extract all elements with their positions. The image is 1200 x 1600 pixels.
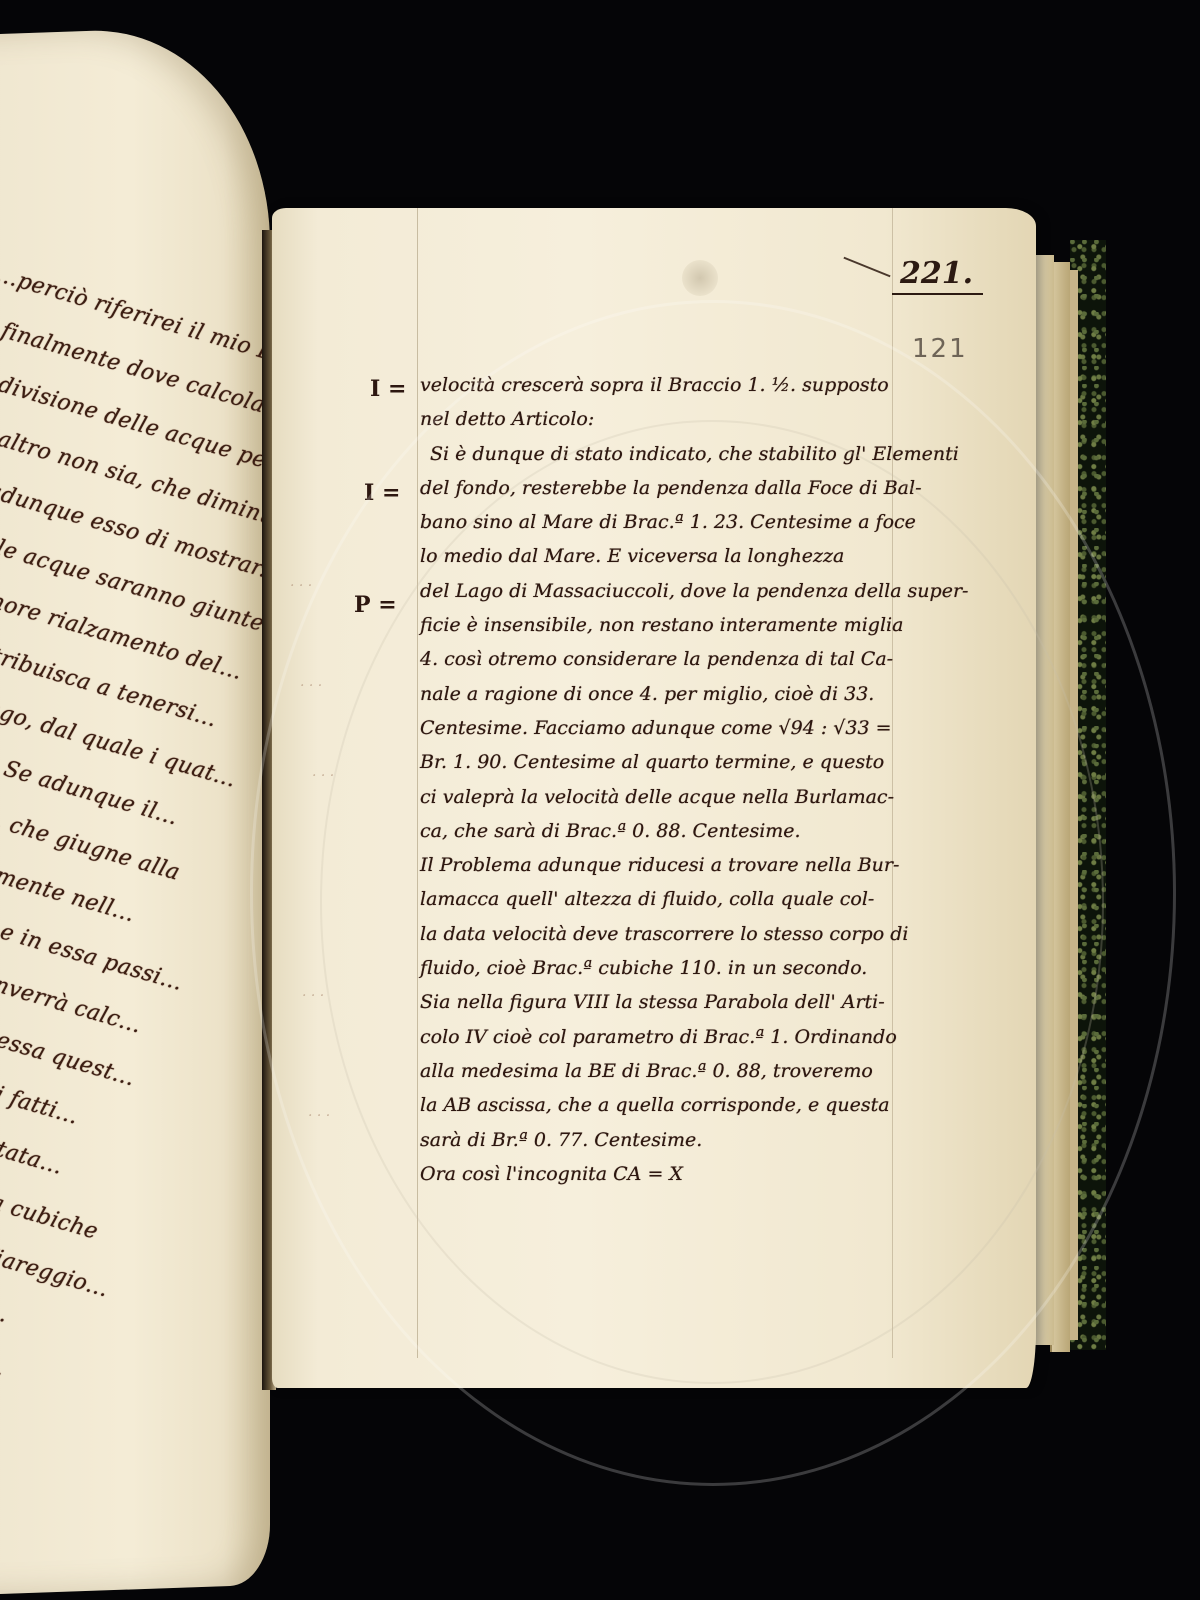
text-line: ca, che sarà di Brac.ª 0. 88. Centesime.	[420, 814, 900, 848]
text-line: fluido, cioè Brac.ª cubiche 110. in un s…	[420, 951, 900, 985]
text-line: Br. 1. 90. Centesime al quarto termine, …	[420, 745, 900, 779]
bleed-through-text: · · ·	[300, 678, 322, 694]
pen-stroke-mark	[843, 257, 890, 278]
margin-mark: P =	[354, 592, 397, 618]
text-line: alla medesima la BE di Brac.ª 0. 88, tro…	[420, 1054, 900, 1088]
text-line: nel detto Articolo:	[420, 402, 900, 436]
folio-number-ink: 221.	[892, 256, 983, 295]
text-line: lo medio dal Mare. E viceversa la longhe…	[420, 539, 900, 573]
text-line: lamacca quell' altezza di fluido, colla …	[420, 882, 900, 916]
margin-mark: I =	[370, 376, 406, 402]
right-page: 221. 121 I = I = P = · · · · · · · · · ·…	[272, 208, 1036, 1388]
text-line: Ora così l'incognita CA = X	[420, 1157, 900, 1191]
left-page-text: ...perciò riferirei il mio Proble- ...fi…	[0, 264, 270, 1497]
text-line: colo IV cioè col parametro di Brac.ª 1. …	[420, 1020, 900, 1054]
bleed-through-text: · · ·	[308, 1108, 330, 1124]
text-line: del Lago di Massaciuccoli, dove la pende…	[420, 574, 900, 608]
text-line: sarà di Br.ª 0. 77. Centesime.	[420, 1123, 900, 1157]
margin-mark: I =	[364, 480, 400, 506]
bleed-through-text: · · ·	[312, 768, 334, 784]
text-line: Si è dunque di stato indicato, che stabi…	[420, 437, 900, 471]
text-line: velocità crescerà sopra il Braccio 1. ½.…	[420, 368, 900, 402]
text-line: nale a ragione di once 4. per miglio, ci…	[420, 677, 900, 711]
text-line: ficie è insensibile, non restano interam…	[420, 608, 900, 642]
folio-number-pencil: 121	[912, 334, 968, 364]
text-line: la AB ascissa, che a quella corrisponde,…	[420, 1088, 900, 1122]
library-stamp-mark	[682, 260, 718, 296]
text-line: ci valeprà la velocità delle acque nella…	[420, 780, 900, 814]
text-line: Sia nella figura VIII la stessa Parabola…	[420, 985, 900, 1019]
text-line: Centesime. Facciamo adunque come √94 : √…	[420, 711, 900, 745]
right-page-text: velocità crescerà sopra il Braccio 1. ½.…	[420, 368, 900, 1191]
bleed-through-text: · · ·	[290, 578, 312, 594]
bleed-through-text: · · ·	[302, 988, 324, 1004]
text-line: la data velocità deve trascorrere lo ste…	[420, 917, 900, 951]
left-page: ...perciò riferirei il mio Proble- ...fi…	[0, 25, 270, 1596]
text-line: bano sino al Mare di Brac.ª 1. 23. Cente…	[420, 505, 900, 539]
text-line: 4. così otremo considerare la pendenza d…	[420, 642, 900, 676]
text-line: del fondo, resterebbe la pendenza dalla …	[420, 471, 900, 505]
manuscript-photo: ...perciò riferirei il mio Proble- ...fi…	[0, 0, 1200, 1600]
margin-rule-left	[417, 208, 418, 1358]
text-line: Il Problema adunque riducesi a trovare n…	[420, 848, 900, 882]
